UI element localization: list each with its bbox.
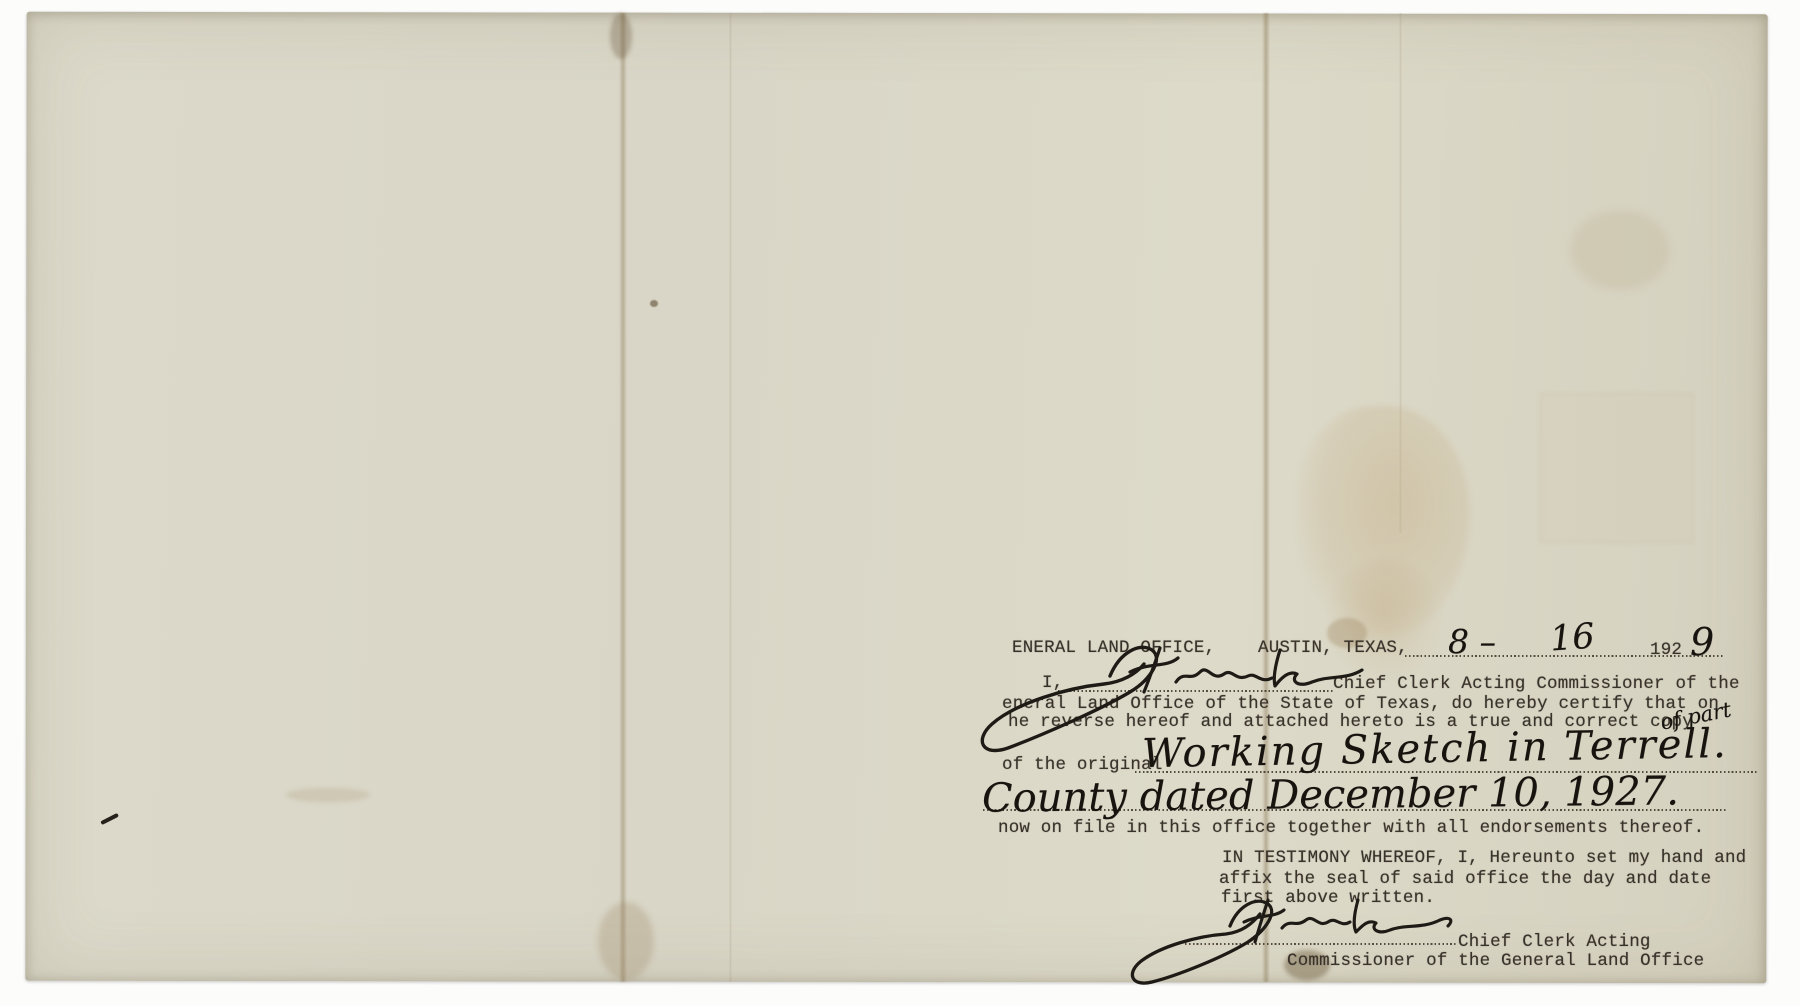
stain-top-right bbox=[1570, 210, 1670, 290]
closing-line: now on file in this office together with… bbox=[998, 818, 1704, 838]
ghost-impression bbox=[1540, 393, 1694, 543]
signer-title-line-1: Chief Clerk Acting bbox=[1458, 932, 1651, 952]
subject-line2-handwritten: County dated December 10, 1927. bbox=[982, 768, 1679, 821]
fold-line-left bbox=[619, 13, 627, 982]
signature-bottom bbox=[1118, 892, 1468, 992]
signature-top bbox=[970, 636, 1370, 768]
date-month-handwritten: 8 – bbox=[1448, 622, 1496, 661]
testimony-line-2: affix the seal of said office the day an… bbox=[1219, 869, 1711, 889]
smudge-left bbox=[286, 788, 370, 802]
fold-top-smudge bbox=[610, 13, 632, 59]
testimony-line-1: IN TESTIMONY WHEREOF, I, Hereunto set my… bbox=[1222, 848, 1746, 868]
scanned-document: ENERAL LAND OFFICE, AUSTIN, TEXAS, 8 – 1… bbox=[0, 0, 1800, 1006]
crease-faint-left bbox=[729, 13, 732, 982]
date-day-handwritten: 16 bbox=[1549, 616, 1596, 659]
year-typed: 192 bbox=[1650, 640, 1682, 660]
speck bbox=[650, 300, 658, 307]
year-digit-handwritten: 9 bbox=[1690, 620, 1714, 664]
stain-fold-bottom-left bbox=[598, 902, 654, 980]
officer-title: Chief Clerk Acting Commissioner of the bbox=[1333, 674, 1740, 694]
